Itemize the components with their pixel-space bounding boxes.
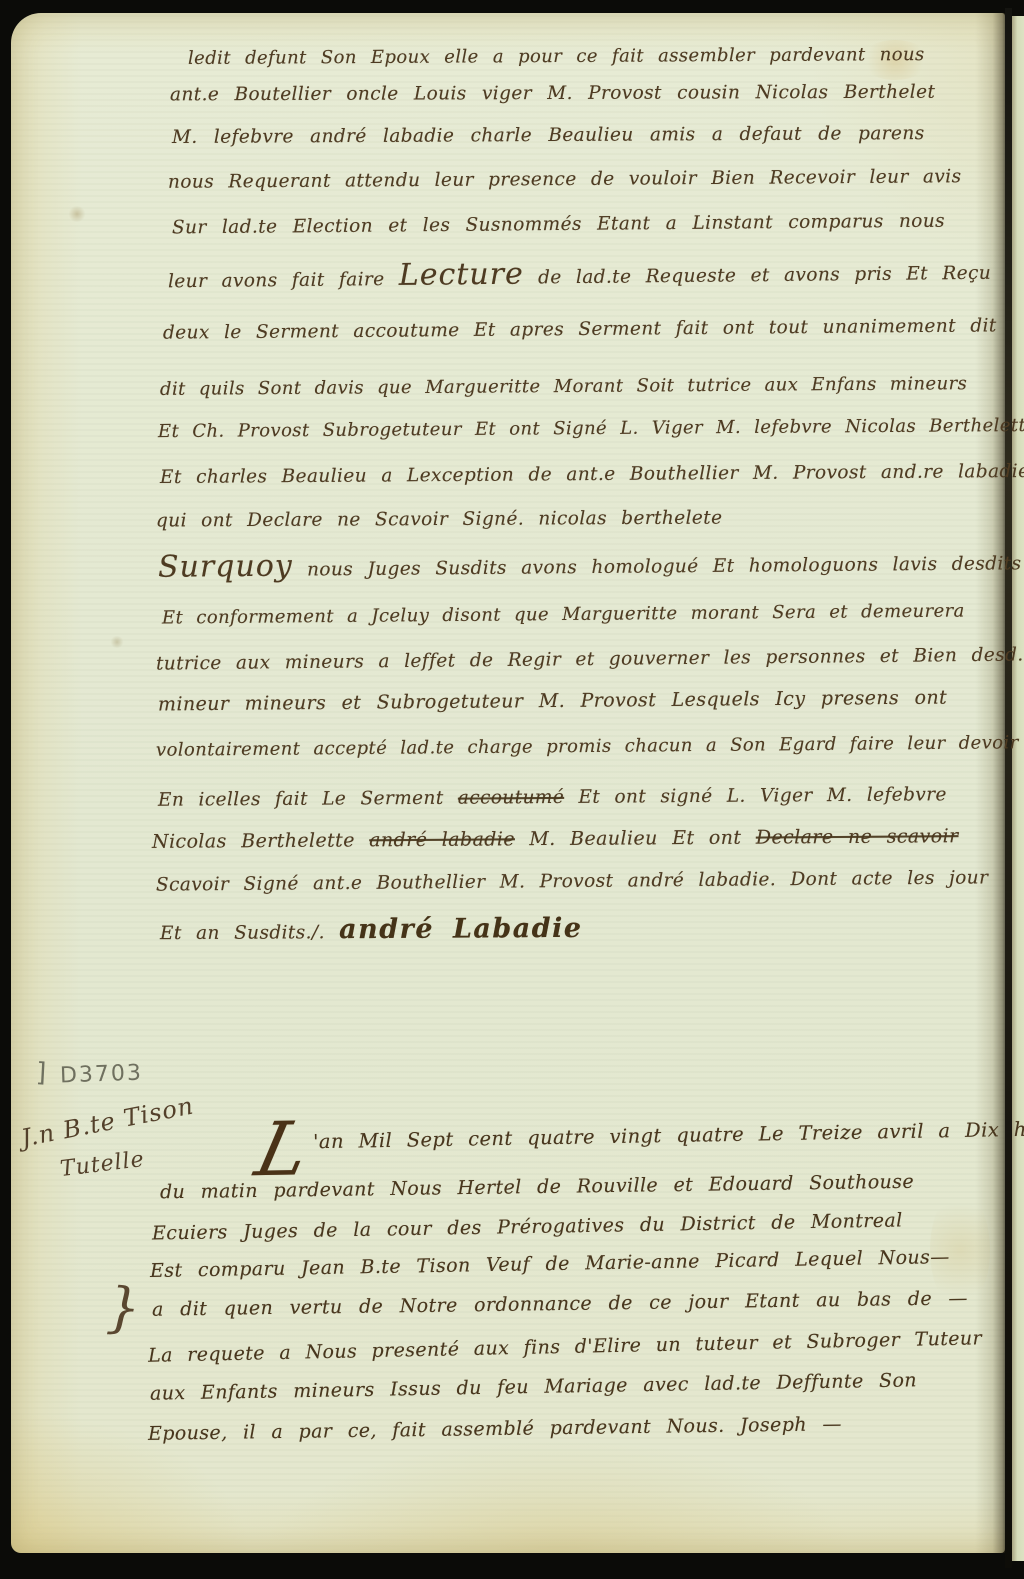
manuscript-segment: Declare ne scavoir	[756, 825, 959, 848]
manuscript-segment: Nicolas Berthelette	[152, 829, 369, 853]
margin-code: D3703	[60, 1061, 144, 1089]
manuscript-line-2: ant.e Boutellier oncle Louis viger M. Pr…	[170, 83, 935, 105]
manuscript-line-1: ledit defunt Son Epoux elle a pour ce fa…	[188, 46, 925, 69]
manuscript-segment: M. Beaulieu Et ont	[515, 827, 756, 851]
manuscript-segment: leur avons fait faire	[168, 269, 399, 292]
manuscript-segment: andré labadie	[369, 828, 515, 851]
manuscript-segment: accoutumé	[458, 787, 564, 809]
manuscript-segment: nous Juges Susdits avons homologué Et ho…	[293, 553, 1022, 580]
manuscript-segment: Et ont signé L. Viger M. lefebvre	[564, 784, 947, 808]
manuscript-segment: de lad.te Requeste et avons pris Et Reçu	[524, 263, 992, 289]
manuscript-segment: Surquoy	[158, 549, 293, 585]
manuscript-segment: En icelles fait Le Serment	[158, 788, 458, 811]
margin-bracket-mark: ]	[35, 1058, 47, 1088]
manuscript-line-11: qui ont Declare ne Scavoir Signé. nicola…	[156, 509, 723, 531]
manuscript-scan: ledit defunt Son Epoux elle a pour ce fa…	[0, 0, 1024, 1579]
manuscript-segment: andré Labadie	[339, 913, 583, 945]
next-page-edge	[1012, 16, 1024, 1561]
manuscript-line-20: Et an Susdits./. andré Labadie	[160, 915, 583, 946]
binding-gutter	[1005, 8, 1012, 1568]
manuscript-page	[11, 13, 1005, 1553]
manuscript-line-3: M. lefebvre andré labadie charle Beaulie…	[172, 124, 925, 147]
manuscript-segment: Lecture	[399, 257, 524, 293]
margin-brace: }	[105, 1275, 142, 1339]
manuscript-segment: Et an Susdits./.	[160, 922, 339, 944]
page-fold-shadow	[975, 13, 1007, 1553]
manuscript-segment: L	[258, 1149, 307, 1150]
